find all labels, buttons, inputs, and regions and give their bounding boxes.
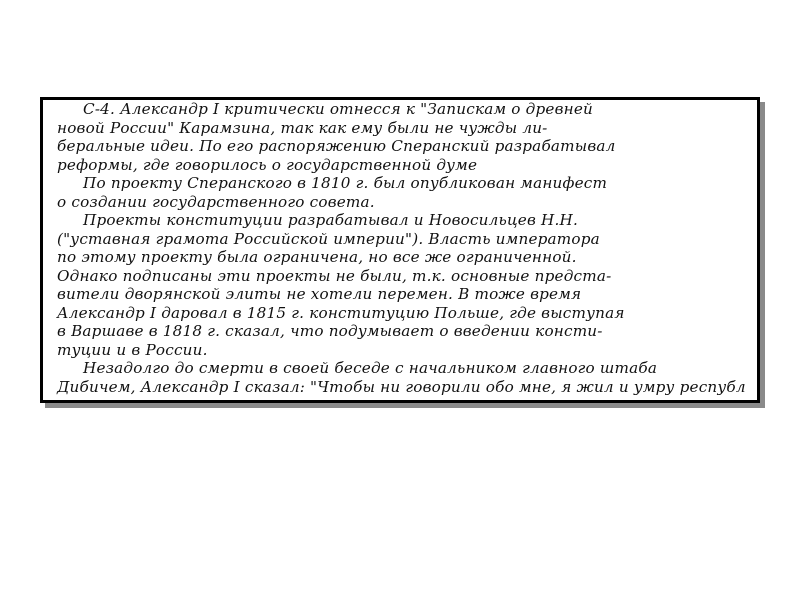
slide: С-4. Александр I критически отнесся к "З…: [0, 0, 800, 600]
text-line: по этому проекту была ограничена, но все…: [57, 248, 751, 267]
text-line: вители дворянской элиты не хотели переме…: [57, 285, 751, 304]
text-line: новой России" Карамзина, так как ему был…: [57, 119, 751, 138]
text-line: Александр I даровал в 1815 г. конституци…: [57, 304, 751, 323]
text-line: Незадолго до смерти в своей беседе с нач…: [57, 359, 751, 378]
handwritten-text: С-4. Александр I критически отнесся к "З…: [57, 100, 751, 400]
text-line: ("уставная грамота Российской империи").…: [57, 230, 751, 249]
text-line: беральные идеи. По его распоряжению Спер…: [57, 137, 751, 156]
text-line: Проекты конституции разрабатывал и Новос…: [57, 211, 751, 230]
text-line: Дибичем, Александр I сказал: "Чтобы ни г…: [57, 378, 751, 397]
text-line: туции и в России.: [57, 341, 751, 360]
text-line: реформы, где говорилось о государственно…: [57, 156, 751, 175]
text-line: о создании государственного совета.: [57, 193, 751, 212]
text-line: По проекту Сперанского в 1810 г. был опу…: [57, 174, 751, 193]
text-line: Однако подписаны эти проекты не были, т.…: [57, 267, 751, 286]
scanned-handwriting-image: С-4. Александр I критически отнесся к "З…: [40, 97, 760, 403]
text-line: в Варшаве в 1818 г. сказал, что подумыва…: [57, 322, 751, 341]
text-line: С-4. Александр I критически отнесся к "З…: [57, 100, 751, 119]
